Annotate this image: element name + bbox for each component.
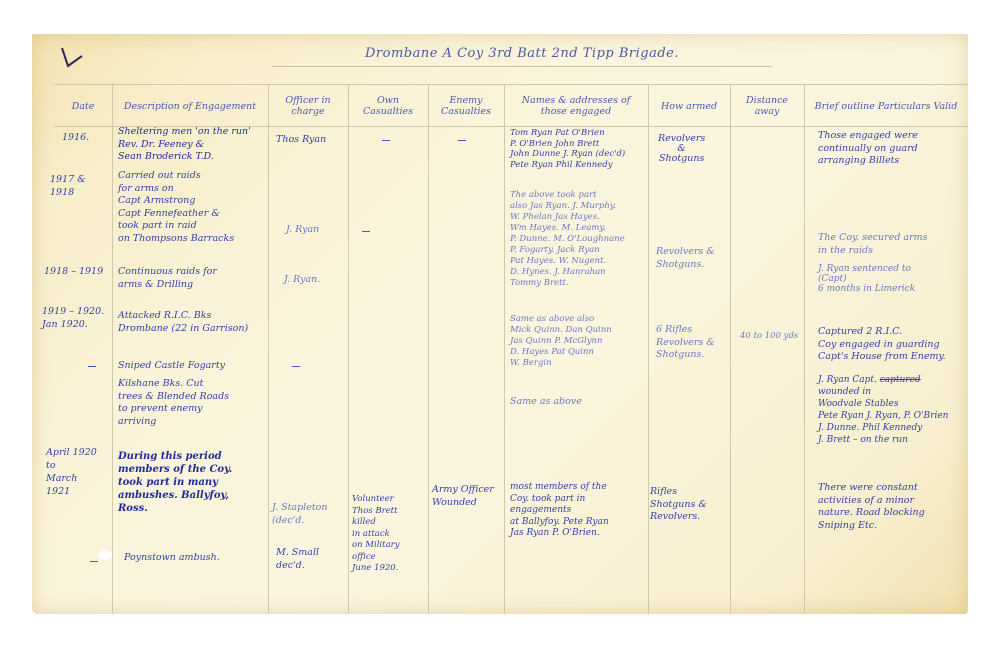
row-description: Kilshane Bks. Cut trees & Blended Roads … bbox=[118, 378, 229, 428]
row-officer-dash bbox=[292, 366, 300, 367]
row-description: Carried out raids for arms on Capt Armst… bbox=[118, 170, 234, 245]
row-names: Same as above also Mick Quinn. Dan Quinn… bbox=[510, 314, 612, 369]
row-names: Same as above bbox=[510, 396, 582, 409]
row-officer: M. Small dec'd. bbox=[276, 546, 319, 572]
row-officer: J. Ryan bbox=[286, 224, 319, 237]
row-own-casualties: Volunteer Thos Brett killed in attack on… bbox=[352, 494, 400, 575]
column-divider bbox=[648, 84, 649, 614]
row-date-dash bbox=[90, 561, 98, 562]
column-header-outline: Brief outline Particulars Valid bbox=[804, 86, 968, 126]
row-officer: J. Ryan. bbox=[284, 274, 320, 287]
row-outline: Captured 2 R.I.C. Coy engaged in guardin… bbox=[818, 326, 946, 364]
row-distance: 40 to 100 yds bbox=[740, 330, 798, 343]
row-description: Continuous raids for arms & Drilling bbox=[118, 266, 217, 291]
column-header-how-armed: How armed bbox=[648, 86, 730, 126]
row-armed: Revolvers & Shotguns bbox=[658, 134, 705, 164]
header-top-rule bbox=[54, 84, 968, 85]
column-header-own-casualties: Own Casualties bbox=[348, 86, 428, 126]
row-officer: Thos Ryan bbox=[276, 134, 326, 147]
column-header-date: Date bbox=[54, 86, 112, 126]
row-date-dash bbox=[88, 366, 96, 367]
column-divider bbox=[268, 84, 269, 614]
column-header-officer: Officer in charge bbox=[268, 86, 348, 126]
column-header-enemy-casualties: Enemy Casualties bbox=[428, 86, 504, 126]
row-enemy-casualties: Army Officer Wounded bbox=[432, 484, 494, 509]
row-description: Attacked R.I.C. Bks Drombane (22 in Garr… bbox=[118, 310, 248, 335]
paper-damage-spot bbox=[98, 550, 112, 560]
row-names: Tom Ryan Pat O'Brien P. O'Brien John Bre… bbox=[510, 128, 625, 170]
row-date: 1916. bbox=[62, 132, 89, 145]
row-names: The above took part also Jas Ryan. J. Mu… bbox=[510, 190, 625, 289]
row-date: 1918 – 1919 bbox=[44, 266, 103, 279]
row-date: April 1920 to March 1921 bbox=[46, 446, 97, 498]
check-mark-icon bbox=[50, 46, 90, 76]
document-title: Drombane A Coy 3rd Batt 2nd Tipp Brigade… bbox=[272, 42, 772, 67]
struck-text: captured bbox=[880, 375, 921, 385]
column-divider bbox=[804, 84, 805, 614]
row-outline: The Coy. secured arms in the raids bbox=[818, 232, 928, 257]
column-divider bbox=[504, 84, 505, 614]
row-outline: J. Ryan sentenced to (Capt) 6 months in … bbox=[818, 264, 915, 294]
row-outline: There were constant activities of a mino… bbox=[818, 482, 925, 532]
row-officer: J. Stapleton (dec'd. bbox=[272, 502, 328, 527]
column-header-description: Description of Engagement bbox=[112, 86, 268, 126]
row-own-casualties-dash bbox=[382, 140, 390, 141]
row-armed: Rifles Shotguns & Revolvers. bbox=[650, 486, 707, 524]
column-divider bbox=[730, 84, 731, 614]
row-description: Sniped Castle Fogarty bbox=[118, 360, 225, 373]
row-outline: J. Ryan Capt. captured wounded in Woodva… bbox=[818, 374, 948, 446]
row-description: During this period members of the Coy. t… bbox=[118, 450, 232, 515]
column-header-names: Names & addresses of those engaged bbox=[504, 86, 648, 126]
column-divider bbox=[428, 84, 429, 614]
row-enemy-casualties-dash bbox=[458, 140, 466, 141]
row-own-casualties-dash bbox=[362, 231, 370, 232]
row-date: 1919 – 1920. Jan 1920. bbox=[42, 306, 104, 331]
column-header-distance: Distance away bbox=[730, 86, 804, 126]
column-divider bbox=[112, 84, 113, 614]
row-names: most members of the Coy. took part in en… bbox=[510, 482, 609, 540]
row-date: 1917 & 1918 bbox=[50, 174, 86, 199]
ledger-sheet: Drombane A Coy 3rd Batt 2nd Tipp Brigade… bbox=[32, 34, 968, 614]
column-divider bbox=[348, 84, 349, 614]
row-description: Poynstown ambush. bbox=[124, 552, 220, 565]
row-outline: Those engaged were continually on guard … bbox=[818, 130, 918, 168]
row-description: Sheltering men 'on the run' Rev. Dr. Fee… bbox=[118, 126, 251, 164]
row-armed: Revolvers & Shotguns. bbox=[656, 246, 715, 271]
row-armed: 6 Rifles Revolvers & Shotguns. bbox=[656, 324, 715, 362]
